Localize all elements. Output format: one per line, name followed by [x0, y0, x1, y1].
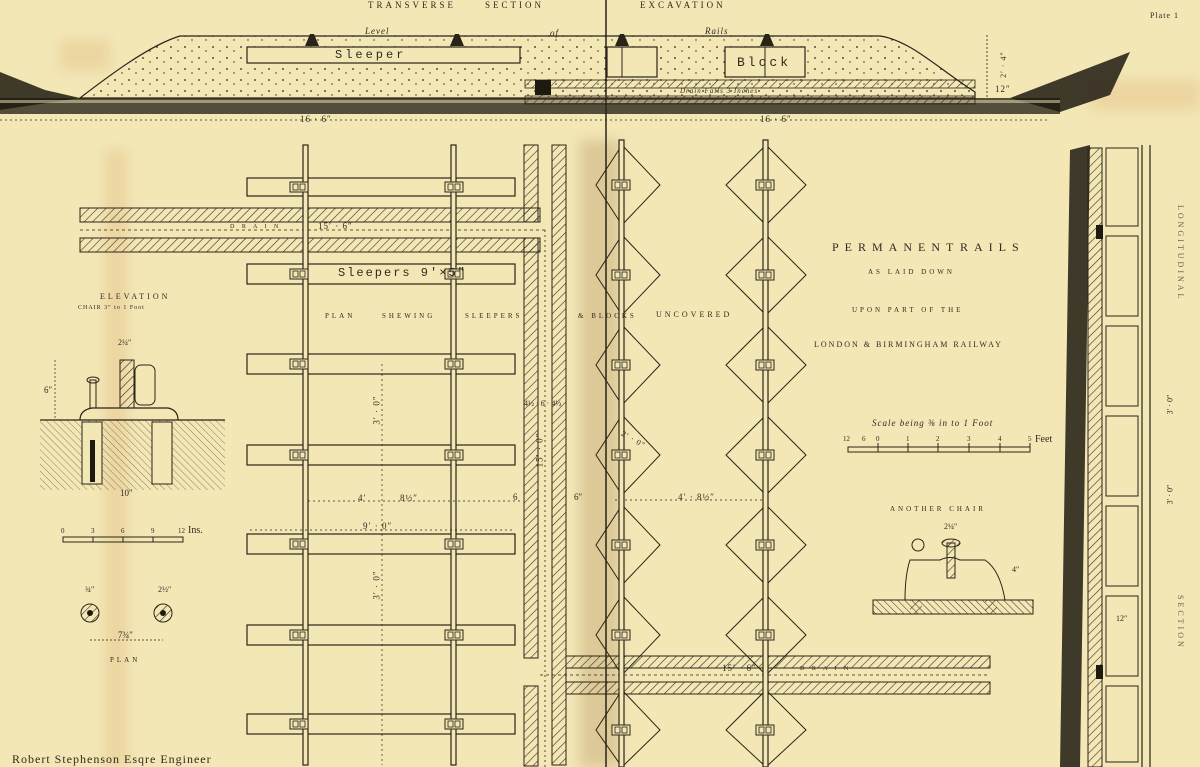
inch-tick-3: 3 — [91, 527, 95, 535]
title-permanent: PERMANENT — [832, 240, 959, 255]
transverse-section — [0, 34, 1130, 120]
scale-tick-1: 1 — [906, 435, 910, 443]
plan-chair-title: PLAN — [110, 656, 140, 664]
plan-pin-spacing: 7¾″ — [118, 630, 133, 640]
engineering-plate-drawing — [0, 0, 1200, 767]
of-label: of — [550, 28, 559, 38]
vertical-drain-width: 15′ · 0″ — [534, 433, 544, 468]
title-rails: RAILS — [960, 240, 1025, 255]
another-chair-height: 4″ — [1012, 565, 1019, 574]
sleeper-spacing-3: 3′ · 0″ — [372, 570, 382, 599]
width-left-dim: 16 · 6″ — [300, 114, 332, 124]
transverse-title-mid: SECTION — [485, 0, 544, 10]
scale-tick-2: 2 — [936, 435, 940, 443]
elevation-subtitle: CHAIR 3″ to 1 Foot — [78, 305, 145, 311]
rails-label: Rails — [705, 26, 729, 36]
inch-tick-9: 9 — [151, 527, 155, 535]
transverse-title-right: EXCAVATION — [640, 0, 726, 10]
drain-falls-label: Drain Falls 3 Inches — [680, 87, 758, 95]
elevation-title: ELEVATION — [100, 292, 170, 301]
inch-tick-0: 0 — [61, 527, 65, 535]
plan-caption-2: SHEWING — [382, 312, 435, 320]
scale-tick-0: 0 — [876, 435, 880, 443]
another-chair-title: ANOTHER CHAIR — [890, 505, 986, 513]
longitudinal-section-drawing — [1060, 145, 1150, 767]
gauge-right: 8½″ — [400, 493, 418, 503]
height-dim: 2′ · 4″ — [999, 51, 1008, 78]
six-label: 6 — [513, 492, 518, 502]
longitudinal-label: LONGITUDINAL — [1176, 205, 1185, 301]
engineer-credit: Robert Stephenson Esqre Engineer — [12, 752, 212, 767]
scale-caption: Scale being ⅜ in to 1 Foot — [872, 418, 993, 428]
sleeper-spacing-1: 3′ · 0″ — [372, 395, 382, 424]
plan-caption-1: PLAN — [325, 312, 355, 320]
sleeper-label: Sleeper — [335, 48, 406, 62]
elevation-base-width: 10″ — [120, 488, 133, 498]
plan-pin-dim-left: ¾″ — [85, 585, 94, 594]
another-chair-rail-head: 2¼″ — [944, 522, 957, 531]
plate-number: Plate 1 — [1150, 11, 1179, 20]
drain-label-top: D R A I N — [230, 224, 281, 230]
transverse-title-left: TRANSVERSE — [368, 0, 456, 10]
section-label: SECTION — [1176, 595, 1185, 650]
plan-pin-dim-right: 2½″ — [158, 585, 171, 594]
another-chair-drawing — [873, 539, 1033, 614]
feet-scale-bar — [848, 443, 1030, 452]
level-label: Level — [365, 26, 390, 36]
elevation-height: 6″ — [44, 385, 52, 395]
plan-caption-4: & BLOCKS — [578, 312, 637, 320]
width-right-dim: 16 · 6″ — [760, 114, 792, 124]
drain-label-bottom: D R A I N — [800, 666, 851, 672]
block-chairs — [612, 180, 774, 735]
long-block-width: 12″ — [1116, 614, 1127, 623]
sleeper-length: 9′ · 0″ — [363, 521, 392, 531]
toe-dim: 12″ — [995, 84, 1011, 94]
block-label: Block — [737, 55, 791, 70]
scale-unit: Feet — [1035, 434, 1052, 445]
inch-scale-bar — [63, 537, 183, 542]
elevation-chair-drawing — [40, 360, 225, 490]
plan-caption-5: UNCOVERED — [656, 310, 732, 319]
inch-tick-6: 6 — [121, 527, 125, 535]
scale-tick-5: 5 — [1028, 435, 1032, 443]
block-gauge: 4′ · 8½″ — [678, 492, 715, 502]
scale-tick-6: 6 — [862, 435, 866, 443]
inch-tick-12: 12 — [178, 527, 185, 535]
title-upon-part: UPON PART OF THE — [852, 306, 963, 314]
six-label-2: 6″ — [574, 492, 582, 502]
inch-scale-unit: Ins. — [188, 525, 203, 536]
title-london-birmingham: LONDON & BIRMINGHAM RAILWAY — [814, 340, 1003, 349]
drain-wall-dim: 4½ · 6 · 4½ — [524, 399, 561, 408]
sleepers-label: Sleepers 9′×5″ — [338, 266, 467, 280]
gauge-left: 4′ — [358, 493, 366, 503]
drain-width-top: 15′ · 6″ — [318, 221, 353, 231]
scale-tick-3: 3 — [967, 435, 971, 443]
scale-tick-12: 12 — [843, 435, 850, 443]
drain-width-bottom: 15′ · 6″ — [722, 663, 757, 673]
long-spacing-2: 3′ · 0″ — [1165, 485, 1174, 505]
title-as-laid-down: AS LAID DOWN — [868, 268, 955, 276]
plan-caption-3: SLEEPERS — [465, 312, 522, 320]
long-spacing-1: 3′ · 0″ — [1165, 395, 1174, 415]
elevation-rail-head: 2¼″ — [118, 338, 131, 347]
scale-tick-4: 4 — [998, 435, 1002, 443]
plan-sleepers — [247, 178, 515, 734]
